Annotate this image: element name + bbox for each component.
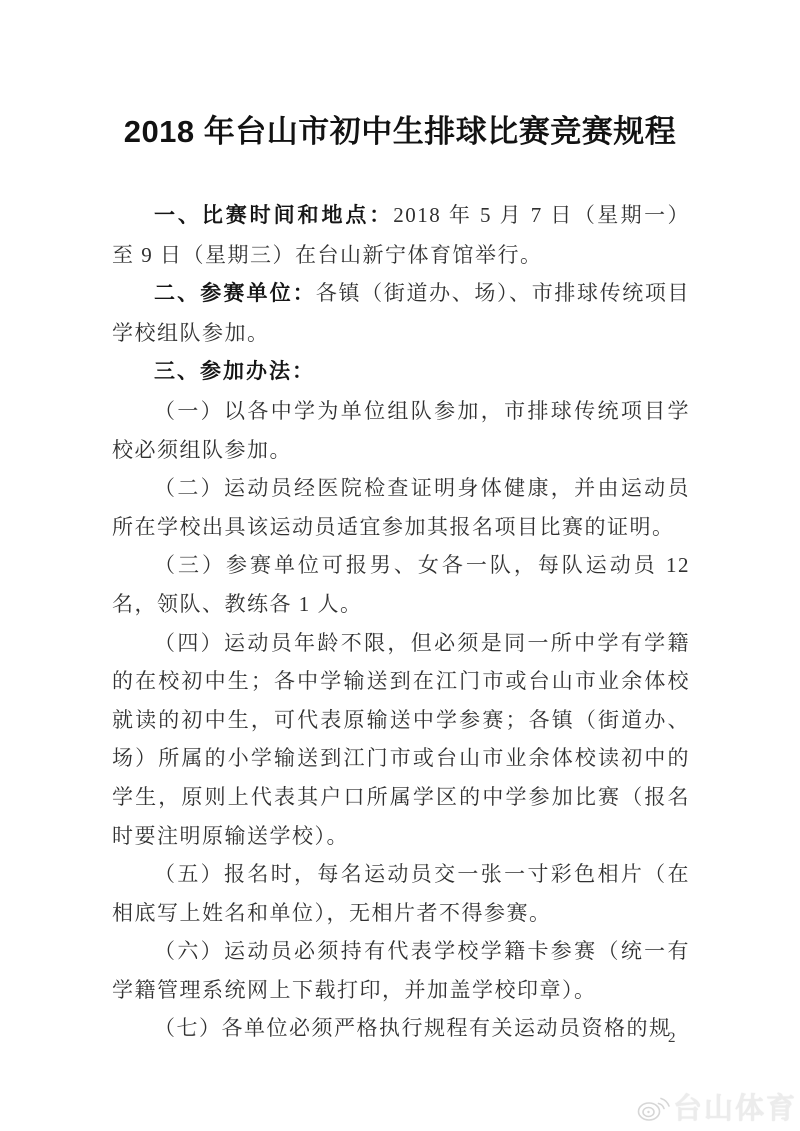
watermark-text: 台山体育	[673, 1086, 797, 1127]
paragraph-7-text: （四）运动员年龄不限，但必须是同一所中学有学籍的在校初中生；各中学输送到在江门市…	[112, 631, 690, 848]
paragraph-1: 一、比赛时间和地点：2018 年 5 月 7 日（星期一）至 9 日（星期三）在…	[112, 196, 690, 274]
paragraph-1-label: 一、比赛时间和地点：	[154, 204, 393, 227]
paragraph-3-label: 三、参加办法：	[154, 360, 315, 383]
paragraph-7: （四）运动员年龄不限，但必须是同一所中学有学籍的在校初中生；各中学输送到在江门市…	[112, 624, 690, 856]
paragraph-8-text: （五）报名时，每名运动员交一张一寸彩色相片（在相底写上姓名和单位），无相片者不得…	[112, 862, 690, 925]
document-title: 2018 年台山市初中生排球比赛竞赛规程	[0, 0, 800, 151]
document-page: 2018 年台山市初中生排球比赛竞赛规程 一、比赛时间和地点：2018 年 5 …	[0, 0, 800, 1131]
paragraph-10-text: （七）各单位必须严格执行规程有关运动员资格的规	[154, 1016, 672, 1040]
paragraph-4: （一）以各中学为单位组队参加，市排球传统项目学校必须组队参加。	[112, 392, 690, 469]
paragraph-9-text: （六）运动员必须持有代表学校学籍卡参赛（统一有学籍管理系统网上下载打印，并加盖学…	[112, 939, 690, 1002]
paragraph-6-text: （三）参赛单位可报男、女各一队，每队运动员 12 名，领队、教练各 1 人。	[112, 553, 690, 616]
document-body: 一、比赛时间和地点：2018 年 5 月 7 日（星期一）至 9 日（星期三）在…	[112, 196, 690, 1048]
paragraph-5-text: （二）运动员经医院检查证明身体健康，并由运动员所在学校出具该运动员适宜参加其报名…	[112, 476, 690, 539]
weibo-icon	[636, 1091, 670, 1123]
paragraph-5: （二）运动员经医院检查证明身体健康，并由运动员所在学校出具该运动员适宜参加其报名…	[112, 469, 690, 546]
paragraph-2-label: 二、参赛单位：	[154, 282, 316, 305]
paragraph-8: （五）报名时，每名运动员交一张一寸彩色相片（在相底写上姓名和单位），无相片者不得…	[112, 855, 690, 932]
paragraph-6: （三）参赛单位可报男、女各一队，每队运动员 12 名，领队、教练各 1 人。	[112, 546, 690, 623]
paragraph-10: （七）各单位必须严格执行规程有关运动员资格的规	[112, 1009, 690, 1048]
paragraph-4-text: （一）以各中学为单位组队参加，市排球传统项目学校必须组队参加。	[112, 399, 690, 462]
paragraph-9: （六）运动员必须持有代表学校学籍卡参赛（统一有学籍管理系统网上下载打印，并加盖学…	[112, 932, 690, 1009]
paragraph-2: 二、参赛单位：各镇（街道办、场）、市排球传统项目学校组队参加。	[112, 274, 690, 352]
watermark: 台山体育	[636, 1086, 797, 1127]
page-number: 2	[668, 1030, 676, 1047]
paragraph-3: 三、参加办法：	[112, 352, 690, 392]
